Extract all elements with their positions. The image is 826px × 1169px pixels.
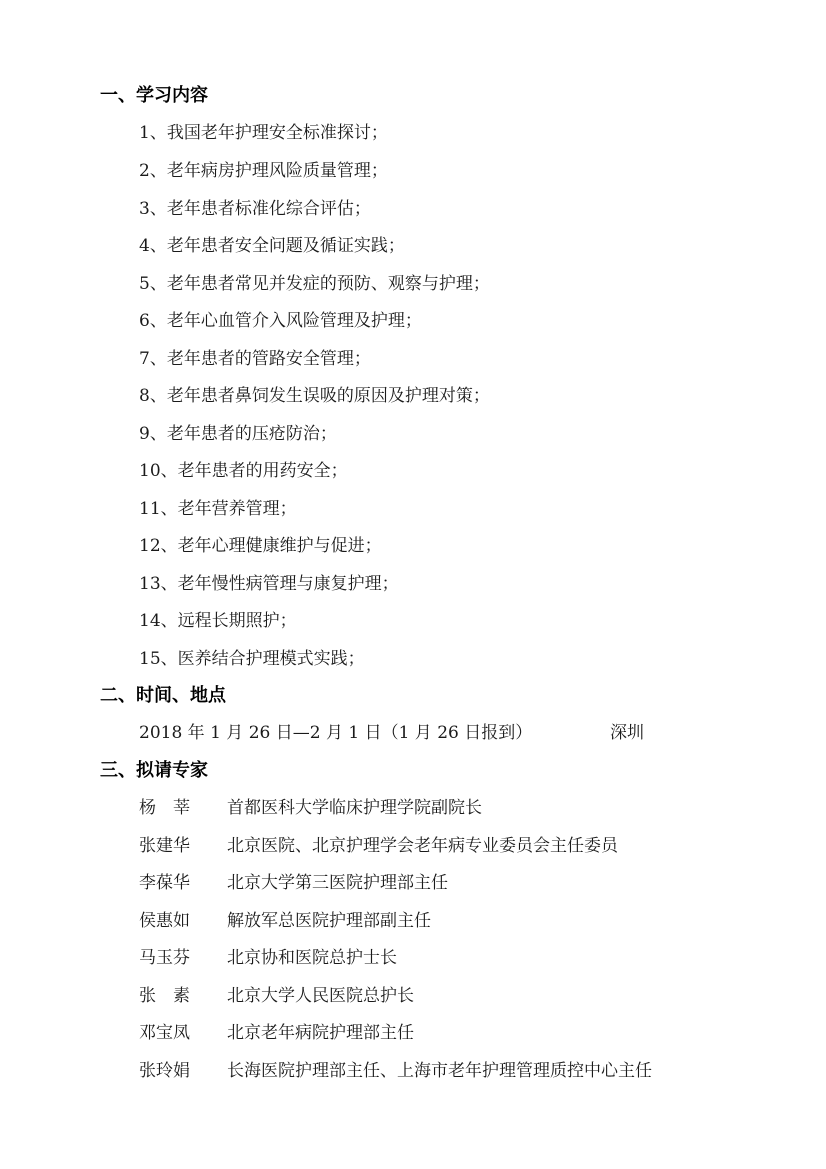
expert-title: 北京老年病院护理部主任 bbox=[227, 1021, 414, 1045]
expert-title: 首都医科大学临床护理学院副院长 bbox=[227, 796, 482, 820]
expert-title: 北京医院、北京护理学会老年病专业委员会主任委员 bbox=[227, 834, 618, 858]
content-item: 12、老年心理健康维护与促进； bbox=[139, 534, 382, 558]
event-place: 深圳 bbox=[610, 721, 644, 745]
section-heading-experts: 三、拟请专家 bbox=[100, 759, 208, 783]
content-item: 11、老年营养管理； bbox=[139, 497, 297, 521]
expert-title: 长海医院护理部主任、上海市老年护理管理质控中心主任 bbox=[227, 1059, 652, 1083]
content-item: 5、老年患者常见并发症的预防、观察与护理； bbox=[139, 272, 490, 296]
expert-title: 北京大学第三医院护理部主任 bbox=[227, 871, 448, 895]
expert-name: 张 素 bbox=[139, 984, 227, 1008]
content-item: 15、医养结合护理模式实践； bbox=[139, 647, 365, 671]
content-item: 1、我国老年护理安全标准探讨； bbox=[139, 121, 388, 145]
expert-row: 杨 莘首都医科大学临床护理学院副院长 bbox=[139, 796, 482, 820]
expert-name: 张建华 bbox=[139, 834, 227, 858]
expert-row: 张建华北京医院、北京护理学会老年病专业委员会主任委员 bbox=[139, 834, 618, 858]
event-date: 2018 年 1 月 26 日—2 月 1 日（1 月 26 日报到） bbox=[139, 721, 532, 745]
content-item: 7、老年患者的管路安全管理； bbox=[139, 347, 371, 371]
content-item: 8、老年患者鼻饲发生误吸的原因及护理对策； bbox=[139, 384, 490, 408]
content-item: 4、老年患者安全问题及循证实践； bbox=[139, 234, 405, 258]
content-item: 10、老年患者的用药安全； bbox=[139, 459, 348, 483]
expert-row: 侯惠如解放军总医院护理部副主任 bbox=[139, 909, 431, 933]
section-heading-time-place: 二、时间、地点 bbox=[100, 684, 226, 708]
expert-row: 张玲娟长海医院护理部主任、上海市老年护理管理质控中心主任 bbox=[139, 1059, 652, 1083]
section-heading-content: 一、学习内容 bbox=[100, 84, 208, 108]
expert-name: 侯惠如 bbox=[139, 909, 227, 933]
expert-name: 张玲娟 bbox=[139, 1059, 227, 1083]
content-item: 6、老年心血管介入风险管理及护理； bbox=[139, 309, 422, 333]
expert-row: 马玉芬北京协和医院总护士长 bbox=[139, 946, 397, 970]
expert-name: 邓宝凤 bbox=[139, 1021, 227, 1045]
expert-row: 张 素北京大学人民医院总护长 bbox=[139, 984, 414, 1008]
expert-name: 杨 莘 bbox=[139, 796, 227, 820]
content-item: 2、老年病房护理风险质量管理； bbox=[139, 159, 388, 183]
expert-row: 李葆华北京大学第三医院护理部主任 bbox=[139, 871, 448, 895]
document-page: 一、学习内容 1、我国老年护理安全标准探讨； 2、老年病房护理风险质量管理； 3… bbox=[0, 0, 826, 1169]
expert-name: 李葆华 bbox=[139, 871, 227, 895]
expert-name: 马玉芬 bbox=[139, 946, 227, 970]
expert-title: 北京大学人民医院总护长 bbox=[227, 984, 414, 1008]
expert-row: 邓宝凤北京老年病院护理部主任 bbox=[139, 1021, 414, 1045]
content-item: 13、老年慢性病管理与康复护理； bbox=[139, 572, 399, 596]
content-item: 3、老年患者标准化综合评估； bbox=[139, 197, 371, 221]
expert-title: 北京协和医院总护士长 bbox=[227, 946, 397, 970]
content-item: 9、老年患者的压疮防治； bbox=[139, 422, 337, 446]
content-item: 14、远程长期照护； bbox=[139, 609, 297, 633]
expert-title: 解放军总医院护理部副主任 bbox=[227, 909, 431, 933]
